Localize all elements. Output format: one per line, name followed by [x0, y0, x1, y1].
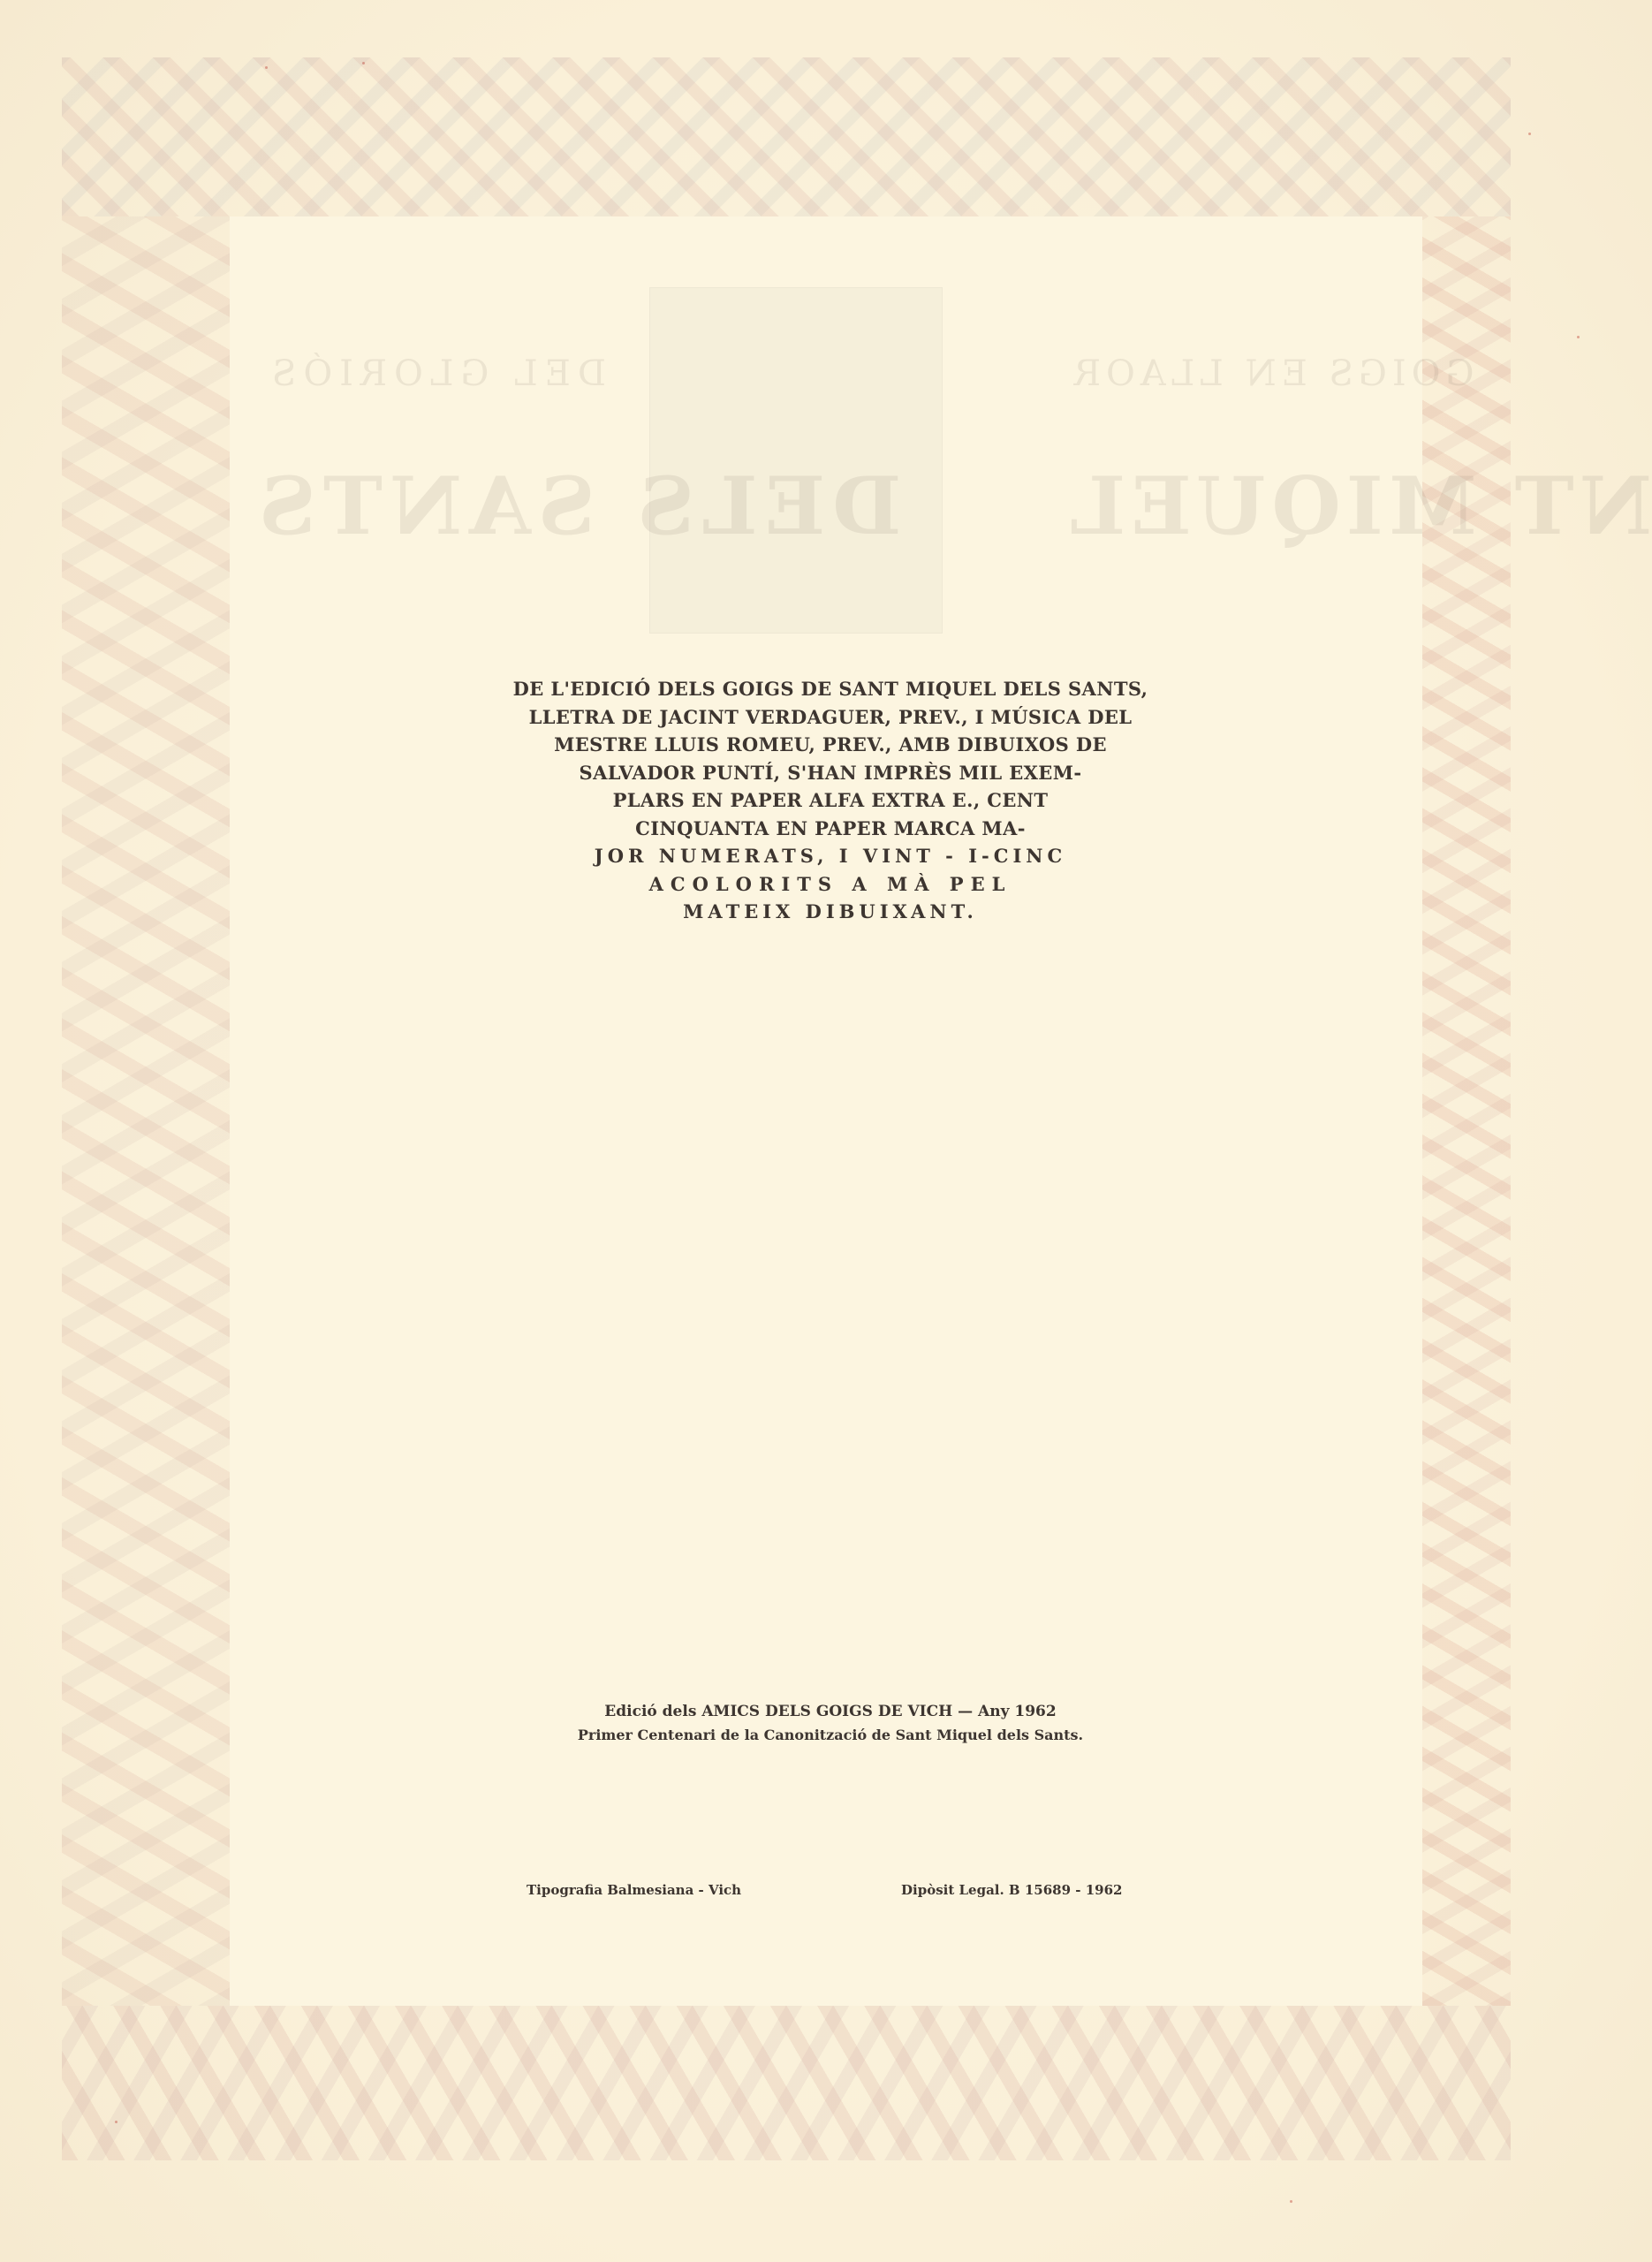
colophon-line: PLARS EN PAPER ALFA EXTRA E., CENT: [495, 786, 1166, 815]
printer-credit: Tipografia Balmesiana - Vich: [527, 1882, 741, 1898]
ink-speck: [1577, 336, 1580, 338]
bleed-through-heading-small-left: DEL GLORIÓS: [265, 353, 606, 394]
edition-line: Edició dels AMICS DELS GOIGS DE VICH — A…: [495, 1699, 1166, 1724]
colophon-line: MATEIX DIBUIXANT.: [495, 898, 1166, 926]
colophon-text: DE L'EDICIÓ DELS GOIGS DE SANT MIQUEL DE…: [495, 675, 1166, 926]
bleed-through-heading-small-right: GOIGS EN LLAOR: [1069, 353, 1474, 394]
ink-speck: [362, 62, 365, 65]
colophon-line: JOR NUMERATS, I VINT - I-CINC: [495, 842, 1166, 870]
centenary-line: Primer Centenari de la Canonització de S…: [495, 1724, 1166, 1747]
colophon-line: DE L'EDICIÓ DELS GOIGS DE SANT MIQUEL DE…: [495, 675, 1166, 703]
ink-speck: [265, 66, 268, 69]
bleed-through-heading-large-left: DELS SANTS: [252, 459, 901, 553]
ink-speck: [1528, 133, 1531, 135]
ink-speck: [1290, 2200, 1292, 2203]
colophon-line: MESTRE LLUIS ROMEU, PREV., AMB DIBUIXOS …: [495, 731, 1166, 759]
edition-block: Edició dels AMICS DELS GOIGS DE VICH — A…: [495, 1699, 1166, 1747]
colophon-line: SALVADOR PUNTÍ, S'HAN IMPRÈS MIL EXEM-: [495, 759, 1166, 787]
colophon-line: ACOLORITS A MÀ PEL: [495, 870, 1166, 899]
legal-deposit: Dipòsit Legal. B 15689 - 1962: [901, 1882, 1122, 1898]
colophon-line: CINQUANTA EN PAPER MARCA MA-: [495, 815, 1166, 843]
ink-speck: [115, 2121, 117, 2123]
colophon-line: LLETRA DE JACINT VERDAGUER, PREV., I MÚS…: [495, 703, 1166, 732]
bleed-through-heading-large-right: SANT MIQUEL: [1065, 459, 1652, 553]
